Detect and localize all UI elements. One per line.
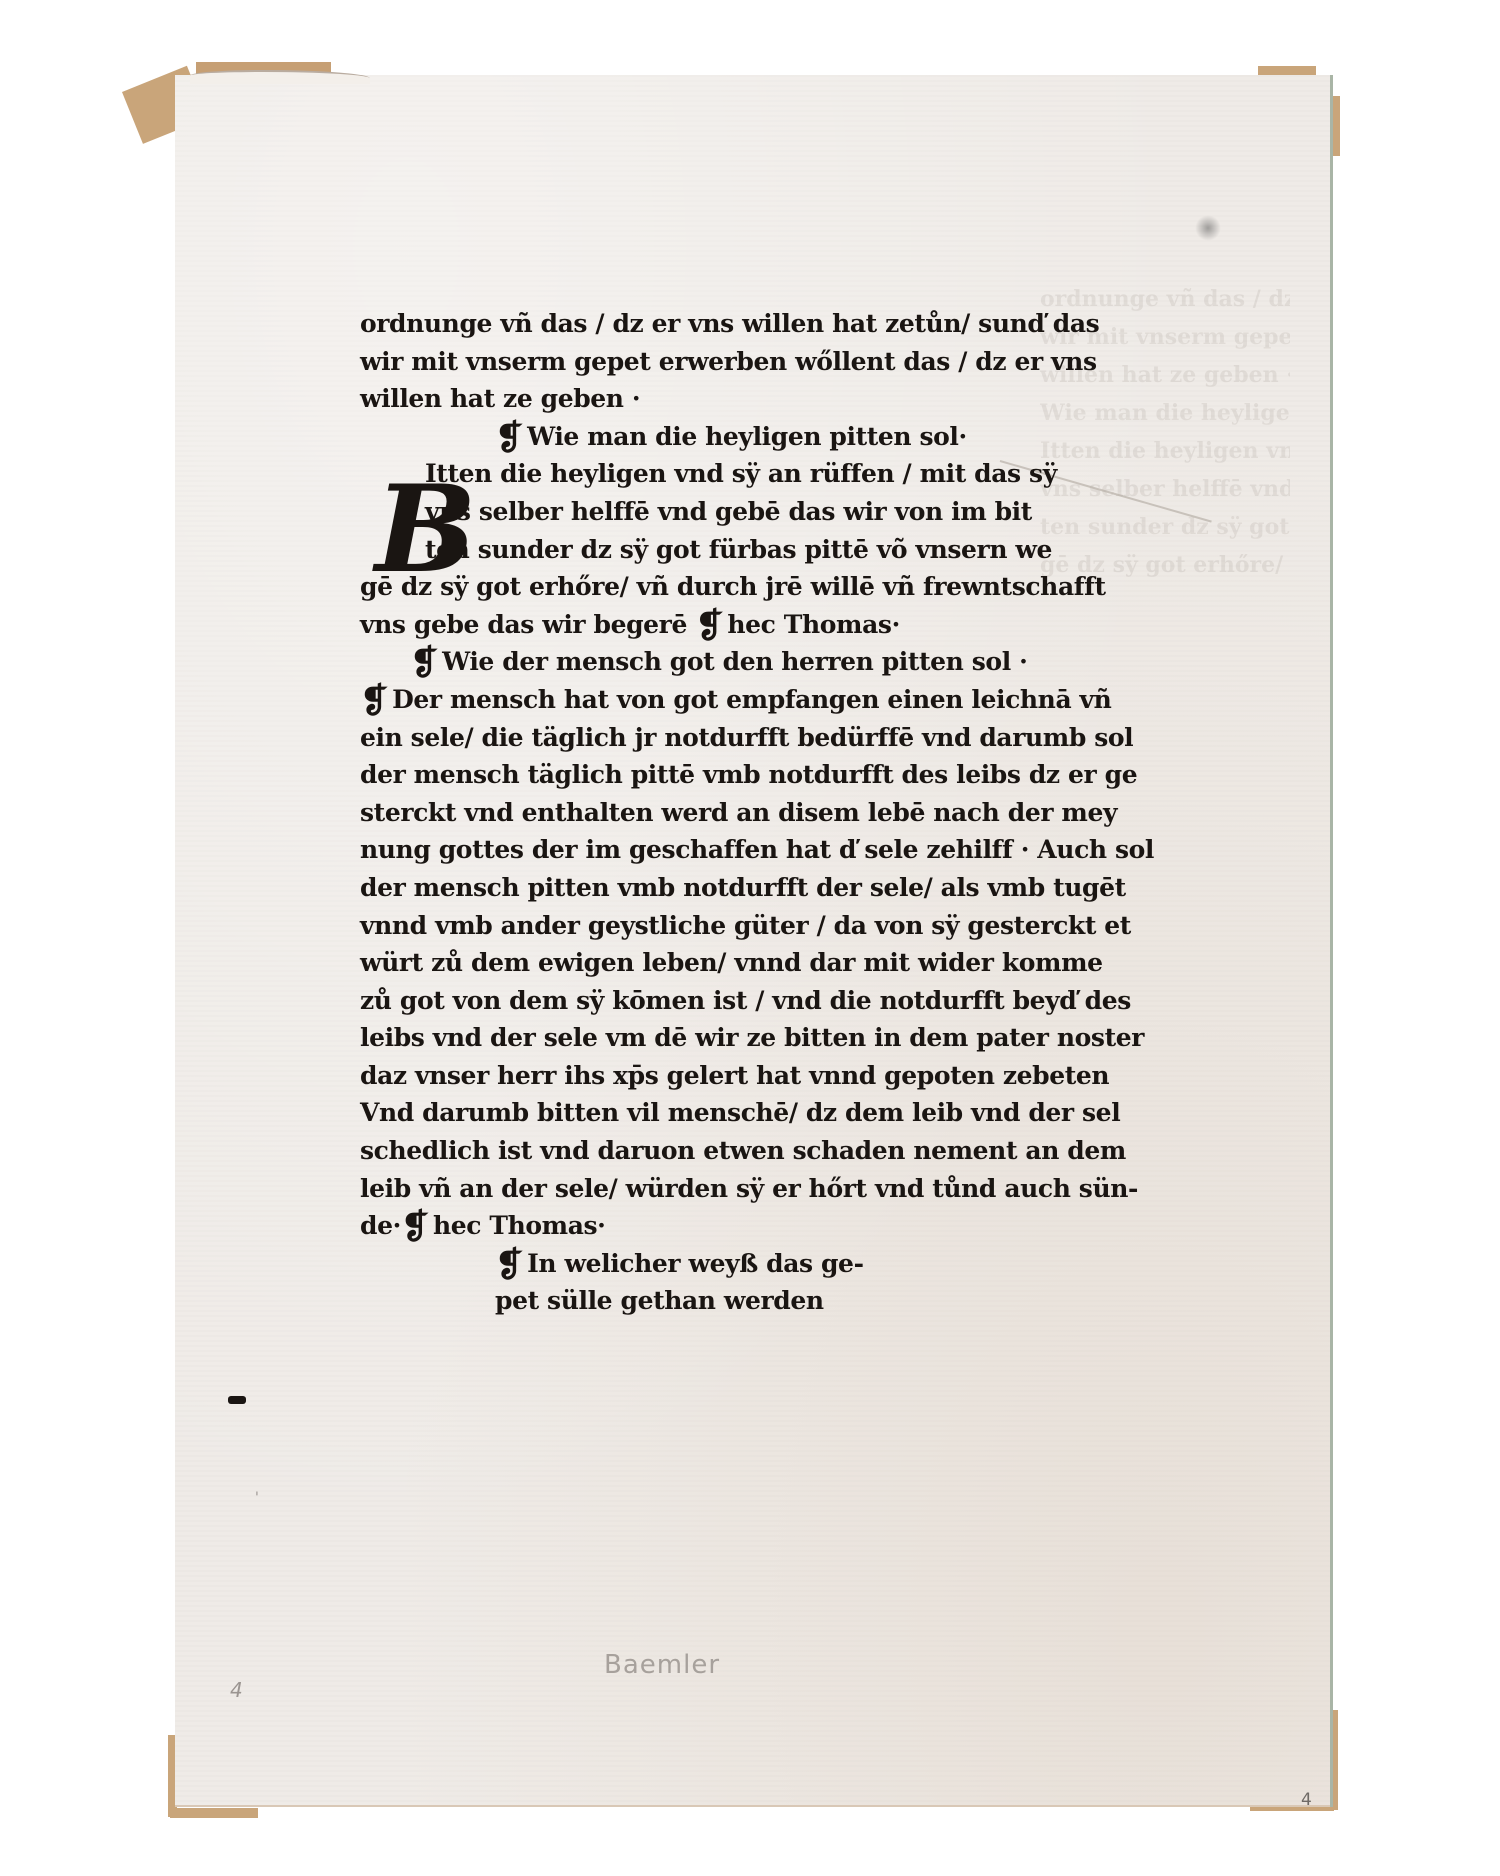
ink-mark (228, 1396, 246, 1404)
pencil-number-corner: 4 (1301, 1790, 1312, 1810)
text-line: leib vñ an der sele/ würden sÿ er hőrt v… (360, 1170, 1150, 1208)
pencil-tick: ' (255, 1490, 259, 1506)
pilcrow-icon: ❡ (401, 1212, 429, 1242)
pilcrow-icon: ❡ (695, 611, 723, 641)
text-line: ein sele/ die täglich jr notdurfft bedür… (360, 719, 1150, 757)
text-line: der mensch täglich pittē vmb notdurfft d… (360, 756, 1150, 794)
rubric-heading-cont: pet sülle gethan werden (360, 1282, 1150, 1320)
text-line: willen hat ze geben · (360, 380, 1150, 418)
text-line: daz vnser herr ihs xp̄s gelert hat vnnd … (360, 1057, 1150, 1095)
paragraph-start: ❡Der mensch hat von got empfangen einen … (360, 681, 1150, 719)
text-line: zů got von dem sÿ kōmen ist / vnd die no… (360, 982, 1150, 1020)
rubric-heading: ❡In welicher weyß das ge- (360, 1245, 1150, 1283)
text-line: wir mit vnserm gepet erwerben wőllent da… (360, 343, 1150, 381)
decorated-initial-B: B (375, 475, 476, 585)
text-line: de·❡hec Thomas· (360, 1207, 1150, 1245)
text-line: nung gottes der im geschaffen hat ď sele… (360, 831, 1150, 869)
text-line: vnnd vmb ander geystliche güter / da von… (360, 907, 1150, 945)
pilcrow-icon: ❡ (360, 686, 388, 716)
text-line: sterckt vnd enthalten werd an disem lebē… (360, 794, 1150, 832)
printed-text-block: ordnunge vñ das / dz er vns willen hat z… (360, 305, 1150, 1320)
rubric-heading: ❡Wie der mensch got den herren pitten so… (360, 643, 1150, 681)
text-line: Itten die heyligen vnd sÿ an rüffen / mi… (360, 455, 1150, 493)
pencil-number-left: 4 (230, 1678, 243, 1702)
text-line: ten sunder dz sÿ got fürbas pittē võ vns… (360, 531, 1150, 569)
ink-smudge (1195, 215, 1221, 241)
rubric-heading: ❡Wie man die heyligen pitten sol· (360, 418, 1150, 456)
text-line: vns gebe das wir begerē ❡hec Thomas· (360, 606, 1150, 644)
mount-tape-bottom-left-strip (170, 1808, 258, 1818)
torn-edge (190, 70, 370, 84)
text-line: ordnunge vñ das / dz er vns willen hat z… (360, 305, 1150, 343)
text-line: der mensch pitten vmb notdurfft der sele… (360, 869, 1150, 907)
rubric-text: In welicher weyß das ge- (527, 1249, 863, 1278)
pilcrow-icon: ❡ (495, 423, 523, 453)
text-line: schedlich ist vnd daruon etwen schaden n… (360, 1132, 1150, 1170)
pilcrow-icon: ❡ (495, 1250, 523, 1280)
rubric-text: Wie man die heyligen pitten sol· (527, 422, 967, 451)
citation: hec Thomas· (433, 1211, 606, 1240)
rubric-text: Wie der mensch got den herren pitten sol… (442, 647, 1027, 676)
citation: hec Thomas· (727, 610, 900, 639)
text-line: würt zů dem ewigen leben/ vnnd dar mit w… (360, 944, 1150, 982)
pilcrow-icon: ❡ (410, 648, 438, 678)
text-line: leibs vnd der sele vm dē wir ze bitten i… (360, 1019, 1150, 1057)
text-line: gē dz sÿ got erhőre/ vñ durch jrē willē … (360, 568, 1150, 606)
pencil-attribution: Baemler (604, 1650, 720, 1680)
text-line: vns selber helffē vnd gebē das wir von i… (360, 493, 1150, 531)
text-line: Vnd darumb bitten vil menschē/ dz dem le… (360, 1094, 1150, 1132)
